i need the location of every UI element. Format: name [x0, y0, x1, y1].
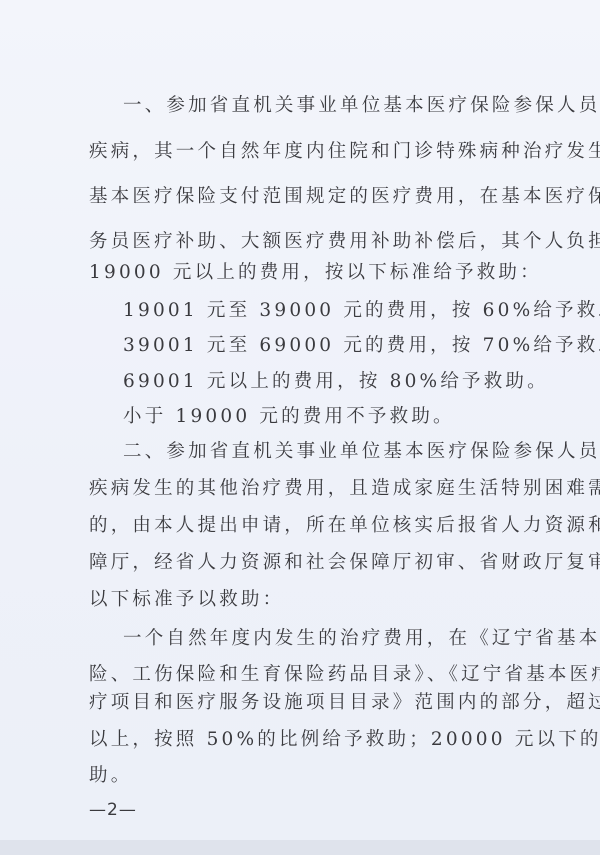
section2-detail-line-4: 以上，按照 50%的比例给予救助；20000 元以下的部分不予救: [89, 729, 600, 751]
tier-no-aid: 小于 19000 元的费用不予救助。: [123, 406, 455, 428]
tier-60-percent: 19001 元至 39000 元的费用，按 60%给予救助；: [123, 300, 600, 322]
tier-80-percent: 69001 元以上的费用，按 80%给予救助。: [123, 371, 549, 393]
section1-line-5: 19000 元以上的费用，按以下标准给予救助：: [89, 262, 542, 284]
document-page: 一、参加省直机关事业单位基本医疗保险参保人员患重大 疾病，其一个自然年度内住院和…: [0, 0, 600, 840]
section2-detail-line-3: 疗项目和医疗服务设施项目目录》范围内的部分，超过 20000 元: [89, 692, 564, 714]
section1-line-4: 务员医疗补助、大额医疗费用补助补偿后，其个人负担超过: [89, 231, 564, 253]
tier-70-percent: 39001 元至 69000 元的费用，按 70%给予救助；: [123, 335, 600, 357]
section2-line-3: 的，由本人提出申请，所在单位核实后报省人力资源和社会保: [89, 515, 564, 537]
section2-detail-line-1: 一个自然年度内发生的治疗费用，在《辽宁省基本医疗保: [123, 628, 600, 650]
section2-detail-line-2: 险、工伤保险和生育保险药品目录》、《辽宁省基本医疗保险诊: [89, 664, 564, 686]
section2-line-2: 疾病发生的其他治疗费用，且造成家庭生活特别困难需要救助: [89, 478, 564, 500]
section1-line-2: 疾病，其一个自然年度内住院和门诊特殊病种治疗发生的符合: [89, 141, 564, 163]
section1-line-1: 一、参加省直机关事业单位基本医疗保险参保人员患重大: [123, 95, 600, 117]
page-number: —2—: [89, 800, 137, 820]
section2-line-5: 以下标准予以救助：: [89, 589, 284, 611]
section2-line-4: 障厅，经省人力资源和社会保障厅初审、省财政厅复审后，按: [89, 552, 564, 574]
section2-line-1: 二、参加省直机关事业单位基本医疗保险参保人员患重大: [123, 441, 600, 463]
section2-detail-line-5: 助。: [89, 765, 132, 787]
section1-line-3: 基本医疗保险支付范围规定的医疗费用，在基本医疗保险、公: [89, 186, 564, 208]
page-edge: [0, 840, 600, 855]
